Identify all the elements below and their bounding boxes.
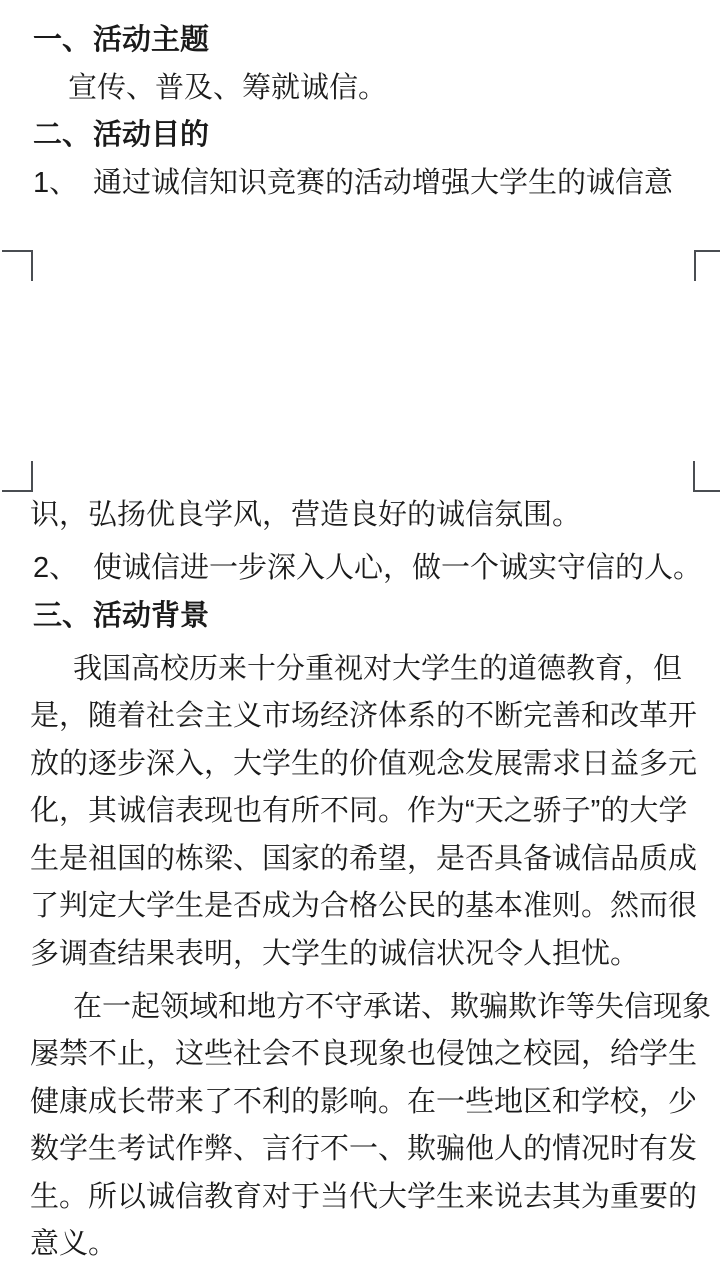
section-heading-2: 二、活动目的 xyxy=(30,112,697,160)
doc-line: 生。所以诚信教育对于当代大学生来说去其为重要的 xyxy=(30,1174,697,1222)
doc-line: 放的逐步深入，大学生的价值观念发展需求日益多元 xyxy=(30,741,697,789)
document-page-2: 识，弘扬优良学风，营造良好的诚信氛围。 2、使诚信进一步深入人心，做一个诚实守信… xyxy=(30,492,697,1269)
section-title: 活动目的 xyxy=(93,119,209,151)
page-boundary-mark-bottom-right-page1 xyxy=(694,250,720,281)
list-item-text: 使诚信进一步深入人心，做一个诚实守信的人。 xyxy=(93,552,702,584)
list-number: 2、 xyxy=(33,545,93,593)
doc-line: 了判定大学生是否成为合格公民的基本准则。然而很 xyxy=(30,883,697,931)
doc-line: 多调查结果表明，大学生的诚信状况令人担忧。 xyxy=(30,931,697,979)
section-title: 活动主题 xyxy=(93,24,209,56)
page-boundary-mark-top-left-page2 xyxy=(2,461,33,492)
section-number: 一、 xyxy=(33,17,93,65)
doc-line: 健康成长带来了不利的影响。在一些地区和学校，少 xyxy=(30,1079,697,1127)
doc-line: 我国高校历来十分重视对大学生的道德教育，但 xyxy=(30,646,697,694)
page-boundary-mark-bottom-left-page1 xyxy=(2,250,33,281)
document-view[interactable]: 一、活动主题 宣传、普及、筹就诚信。 二、活动目的 1、通过诚信知识竞赛的活动增… xyxy=(0,0,720,1280)
doc-line: 生是祖国的栋梁、国家的希望，是否具备诚信品质成 xyxy=(30,836,697,884)
list-item-text: 通过诚信知识竞赛的活动增强大学生的诚信意 xyxy=(93,167,673,199)
doc-line: 在一起领域和地方不守承诺、欺骗欺诈等失信现象 xyxy=(30,984,697,1032)
document-page-1: 一、活动主题 宣传、普及、筹就诚信。 二、活动目的 1、通过诚信知识竞赛的活动增… xyxy=(30,17,697,207)
doc-line: 数学生考试作弊、言行不一、欺骗他人的情况时有发 xyxy=(30,1126,697,1174)
section-heading-1: 一、活动主题 xyxy=(30,17,697,65)
doc-line: 化，其诚信表现也有所不同。作为“天之骄子”的大学 xyxy=(30,788,697,836)
doc-line: 屡禁不止，这些社会不良现象也侵蚀之校园，给学生 xyxy=(30,1031,697,1079)
section-heading-3: 三、活动背景 xyxy=(30,593,697,641)
section-title: 活动背景 xyxy=(93,600,209,632)
list-item-1: 1、通过诚信知识竞赛的活动增强大学生的诚信意 xyxy=(30,160,697,208)
doc-line: 宣传、普及、筹就诚信。 xyxy=(30,65,697,113)
page-boundary-mark-top-right-page2 xyxy=(693,461,720,492)
section-number: 二、 xyxy=(33,112,93,160)
doc-line: 识，弘扬优良学风，营造良好的诚信氛围。 xyxy=(30,492,697,540)
doc-line: 是，随着社会主义市场经济体系的不断完善和改革开 xyxy=(30,693,697,741)
section-number: 三、 xyxy=(33,593,93,641)
list-number: 1、 xyxy=(33,160,93,208)
doc-line: 意义。 xyxy=(30,1221,697,1269)
list-item-2: 2、使诚信进一步深入人心，做一个诚实守信的人。 xyxy=(30,545,697,593)
